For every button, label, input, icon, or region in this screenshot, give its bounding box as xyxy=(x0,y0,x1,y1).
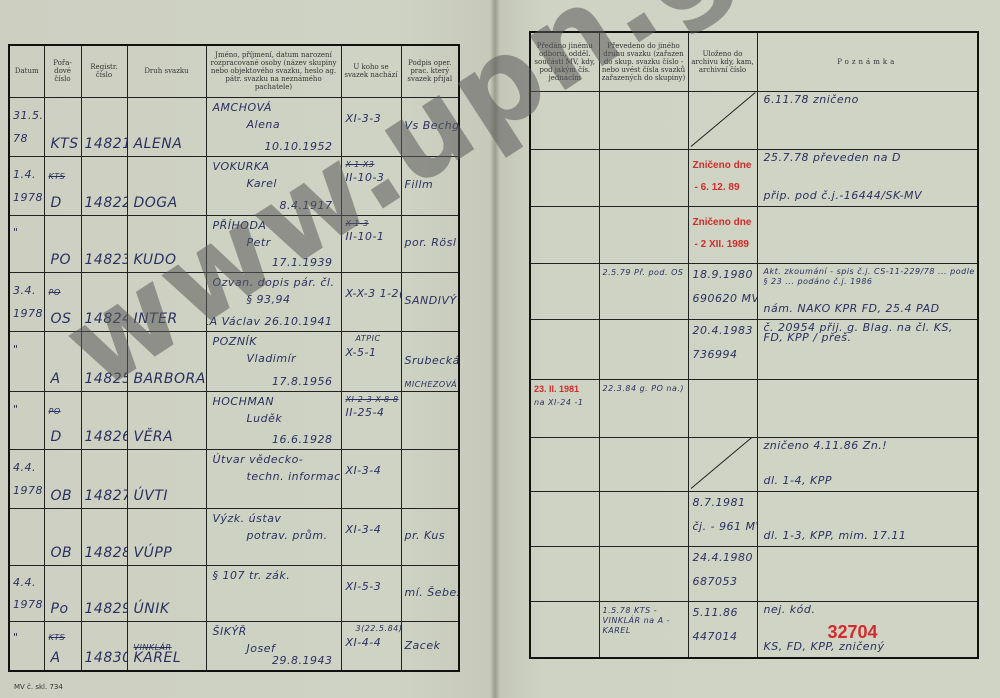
right-header-row: Předáno jinému odboru, odděl. součásti M… xyxy=(530,32,978,91)
note-text-2: KS, FD, KPP, zničený xyxy=(764,640,885,653)
left-register-table: Datum Pořa-dové číslo Registr. číslo Dru… xyxy=(8,44,460,672)
destroyed-stamp-date: - 6. 12. 89 xyxy=(695,182,740,193)
note-text: zničeno 4.11.86 Zn.! xyxy=(764,441,976,451)
diagonal-line xyxy=(690,437,755,488)
cell-predano xyxy=(530,546,599,601)
location-code: XI-4-4 xyxy=(346,636,382,649)
name-line-2: § 93,94 xyxy=(247,293,291,306)
note-text: nej. kód. xyxy=(764,605,976,615)
date-text: 4.4. 1978 xyxy=(13,456,43,503)
header-poznamka: Poznámka xyxy=(757,32,978,91)
signature: por. Rösl xyxy=(405,236,457,249)
cell-poradove: KTS xyxy=(44,97,81,156)
note-text: č. 20954 přij. g. Blag. na čl. KS, FD, K… xyxy=(764,323,976,343)
cell-datum: 4.4. 1978 xyxy=(9,565,44,621)
name-line-1: § 107 tr. zák. xyxy=(213,569,291,582)
registration-number: 14823 xyxy=(85,252,128,268)
table-row: Zničeno dne- 2 XII. 1989 xyxy=(530,206,978,263)
archive-number: 736994 xyxy=(693,348,738,361)
registration-number: 14822 xyxy=(85,195,128,211)
cell-poznamka xyxy=(757,546,978,601)
name-line-2: potrav. prům. xyxy=(247,529,328,542)
signature-2: MICHEZOVÁ xyxy=(405,380,458,389)
order-struck: PO xyxy=(49,407,61,416)
archive-date: 18.9.1980 xyxy=(693,268,753,281)
order-code: D xyxy=(51,429,62,445)
cell-u-koho: X-X-3 1-2(13.8.80) xyxy=(341,272,401,331)
cell-podpis: Srubecká 4k(7.4.81)MICHEZOVÁ xyxy=(401,331,459,391)
table-row: 4.4. 1978OB14827ÚVTIÚtvar vědecko-techn.… xyxy=(9,449,459,508)
cell-ulozeno: 5.11.86447014 xyxy=(688,601,757,658)
order-code: Po xyxy=(51,601,69,617)
signature: mí. Šebest. xyxy=(405,586,460,599)
header-ulozeno: Uloženo do archivu kdy, kam, archivní čí… xyxy=(688,32,757,91)
right-register-table: Předáno jinému odboru, odděl. součásti M… xyxy=(529,31,979,659)
cell-ulozeno xyxy=(688,91,757,149)
name-line-2: Alena xyxy=(247,118,281,131)
cell-poradove: A xyxy=(44,331,81,391)
name-line-3: HULA Václav 26.10.1941 xyxy=(206,315,333,328)
table-row: 3.4. 1978POOS14824INTEROzvan. dopis pár.… xyxy=(9,272,459,331)
date-text: 4.4. 1978 xyxy=(13,572,43,616)
location-struck: X-1-3 xyxy=(346,219,369,228)
file-codename: BARBORA xyxy=(134,371,206,387)
table-row: 6.11.78 zničeno xyxy=(530,91,978,149)
cell-datum: 4.4. 1978 xyxy=(9,449,44,508)
note-text-2: dl. 1-4, KPP xyxy=(764,474,832,487)
registration-number: 14827 xyxy=(85,488,128,504)
header-prevedeno: Převedeno do jiného druhu svazku (zařaze… xyxy=(599,32,688,91)
registration-number: 14829 xyxy=(85,601,128,617)
cell-predano xyxy=(530,206,599,263)
cell-datum: " xyxy=(9,331,44,391)
cell-u-koho: ATPICX-5-1 xyxy=(341,331,401,391)
location-code: XI-3-4 xyxy=(346,464,382,477)
header-jmeno: Jméno, příjmení, datum narození rozpraco… xyxy=(206,45,341,97)
location-code: II-10-1 xyxy=(346,230,385,243)
cell-druh: VĚRA xyxy=(127,391,206,449)
destroyed-stamp-date: - 2 XII. 1989 xyxy=(695,239,749,250)
name-line-1: Útvar vědecko- xyxy=(213,453,304,466)
cell-podpis: Zacek xyxy=(401,621,459,671)
name-line-2: Petr xyxy=(247,236,271,249)
signature: Fillm xyxy=(405,178,434,191)
name-line-3: 8.4.1917 xyxy=(280,199,333,212)
cell-prevedeno xyxy=(599,546,688,601)
cell-poradove: OB xyxy=(44,508,81,565)
cell-jmeno: § 107 tr. zák. xyxy=(206,565,341,621)
cell-ulozeno: Zničeno dne- 2 XII. 1989 xyxy=(688,206,757,263)
order-struck: KTS xyxy=(49,633,66,642)
archive-number: 687053 xyxy=(693,575,738,588)
cell-predano: 23. II. 1981na XI-24 -1 xyxy=(530,379,599,437)
table-row: Zničeno dne- 6. 12. 8925.7.78 převeden n… xyxy=(530,149,978,206)
destroyed-stamp: Zničeno dne xyxy=(693,160,752,171)
cell-prevedeno xyxy=(599,149,688,206)
archive-number: 447014 xyxy=(693,630,738,643)
cell-podpis: mí. Šebest. xyxy=(401,565,459,621)
file-codename: VÚPP xyxy=(134,545,173,561)
order-code: KTS xyxy=(51,136,79,152)
location-code: II-25-4 xyxy=(346,406,385,419)
cell-poznamka: 25.7.78 převeden na Dpřip. pod č.j.-1644… xyxy=(757,149,978,206)
file-codename: VĚRA xyxy=(134,429,174,445)
cell-u-koho: XI-3-4 xyxy=(341,508,401,565)
date-text: 31.5. 78 xyxy=(13,104,43,151)
name-line-3: 17.8.1956 xyxy=(272,375,332,388)
header-u-koho: U koho se svazek nachází xyxy=(341,45,401,97)
table-row: 1.4. 1978KTSD14822DOGAVOKURKAKarel8.4.19… xyxy=(9,156,459,215)
header-podpis: Podpis oper. prac. který svazek přijal xyxy=(401,45,459,97)
cell-prevedeno xyxy=(599,491,688,546)
cell-ulozeno: 8.7.1981čj. - 961 MV xyxy=(688,491,757,546)
cell-prevedeno: 22.3.84 g. PO na.) xyxy=(599,379,688,437)
location-code: II-10-3 xyxy=(346,171,385,184)
cell-druh: VINKLÁRKAREL xyxy=(127,621,206,671)
date-stamp: 23. II. 1981 xyxy=(534,384,579,394)
note-text: Akt. zkoumání - spis č.j. CS-11-229/78 .… xyxy=(764,267,976,287)
cell-poradove: PO xyxy=(44,215,81,272)
cell-podpis: Fillm xyxy=(401,156,459,215)
cell-registr: 14823 xyxy=(81,215,127,272)
cell-jmeno: PŘÍHODAPetr17.1.1939 xyxy=(206,215,341,272)
cell-ulozeno: 24.4.1980687053 xyxy=(688,546,757,601)
note-text: 25.7.78 převeden na D xyxy=(764,153,976,163)
name-line-1: VOKURKA xyxy=(213,160,270,173)
archive-date: 8.7.1981 xyxy=(693,496,746,509)
cell-u-koho: XI-5-3 xyxy=(341,565,401,621)
date-text: " xyxy=(13,338,43,362)
cell-registr: 14825 xyxy=(81,331,127,391)
archive-number: 690620 MV xyxy=(693,292,758,305)
table-row: "PO14823KUDOPŘÍHODAPetr17.1.1939X-1-3II-… xyxy=(9,215,459,272)
signature: Zacek xyxy=(405,639,441,652)
cell-predano xyxy=(530,263,599,319)
name-line-1: PŘÍHODA xyxy=(213,219,267,232)
table-row: 31.5. 78KTS14821ALENAAMCHOVÁAlena10.10.1… xyxy=(9,97,459,156)
order-code: D xyxy=(51,195,62,211)
table-row: 4.4. 1978Po14829ÚNIK§ 107 tr. zák.XI-5-3… xyxy=(9,565,459,621)
registration-number: 14821 xyxy=(85,136,128,152)
table-row: 24.4.1980687053 xyxy=(530,546,978,601)
cell-prevedeno xyxy=(599,319,688,379)
cell-podpis: pr. Kus xyxy=(401,508,459,565)
cell-prevedeno xyxy=(599,437,688,491)
cell-ulozeno xyxy=(688,437,757,491)
left-header-row: Datum Pořa-dové číslo Registr. číslo Dru… xyxy=(9,45,459,97)
cell-jmeno: Ozvan. dopis pár. čl.§ 93,94HULA Václav … xyxy=(206,272,341,331)
cell-druh: ALENA xyxy=(127,97,206,156)
signature: SANDIVÝ xyxy=(405,294,457,307)
cell-predano xyxy=(530,601,599,658)
cell-ulozeno: 18.9.1980690620 MV xyxy=(688,263,757,319)
cell-predano xyxy=(530,319,599,379)
header-poradove-cislo: Pořa-dové číslo xyxy=(44,45,81,97)
note-text-2: přip. pod č.j.-16444/SK-MV xyxy=(764,189,923,202)
signature: Srubecká 4k(7.4.81) xyxy=(405,354,460,367)
name-line-3: 17.1.1939 xyxy=(272,256,332,269)
cell-druh: ÚNIK xyxy=(127,565,206,621)
cell-predano xyxy=(530,149,599,206)
name-line-3: 16.6.1928 xyxy=(272,433,332,446)
archive-date: 5.11.86 xyxy=(693,606,739,619)
location-code: XI-5-3 xyxy=(346,580,382,593)
table-row: 2.5.79 Př. pod. OS18.9.1980690620 MVAkt.… xyxy=(530,263,978,319)
cell-datum xyxy=(9,508,44,565)
cell-druh: KUDO xyxy=(127,215,206,272)
signature: Vs Bechg. xyxy=(405,119,460,132)
cell-datum: " xyxy=(9,215,44,272)
cell-u-koho: XI-3-3 xyxy=(341,97,401,156)
registration-number: 14828 xyxy=(85,545,128,561)
table-row: 1.5.78 KTS - VINKLÁR na A - KAREL5.11.86… xyxy=(530,601,978,658)
cell-jmeno: ŠIKÝŘJosef29.8.1943 xyxy=(206,621,341,671)
converted-text: 22.3.84 g. PO na.) xyxy=(603,384,688,394)
name-line-1: ŠIKÝŘ xyxy=(213,625,247,638)
file-codename: INTER xyxy=(134,311,178,327)
name-line-1: Výzk. ústav xyxy=(213,512,282,525)
table-row: 23. II. 1981na XI-24 -122.3.84 g. PO na.… xyxy=(530,379,978,437)
order-code: PO xyxy=(51,252,71,268)
cell-podpis: por. Rösl xyxy=(401,215,459,272)
registration-number: 14830 xyxy=(85,650,128,666)
note-text-2: nám. NAKO KPR FD, 25.4 PAD xyxy=(764,302,940,315)
order-struck: PO xyxy=(49,288,61,297)
cell-podpis: Vs Bechg. xyxy=(401,97,459,156)
cell-registr: 14830 xyxy=(81,621,127,671)
file-codename: ALENA xyxy=(134,136,183,152)
cell-jmeno: Útvar vědecko-techn. informací xyxy=(206,449,341,508)
location-note: 3(22.5.84) xyxy=(356,624,402,633)
name-line-2: Josef xyxy=(247,642,276,655)
converted-text: 2.5.79 Př. pod. OS xyxy=(603,268,688,278)
location-struck: XI-2-3 X-8-8 xyxy=(346,395,399,404)
header-registr-cislo: Registr. číslo xyxy=(81,45,127,97)
cell-registr: 14822 xyxy=(81,156,127,215)
cell-predano xyxy=(530,437,599,491)
order-code: OB xyxy=(51,545,73,561)
table-row: zničeno 4.11.86 Zn.!dl. 1-4, KPP xyxy=(530,437,978,491)
cell-poznamka: dl. 1-3, KPP, mim. 17.11 xyxy=(757,491,978,546)
cell-predano xyxy=(530,491,599,546)
converted-text: 1.5.78 KTS - VINKLÁR na A - KAREL xyxy=(603,606,688,636)
location-code: XI-3-3 xyxy=(346,112,382,125)
location-struck: X-1-X3 xyxy=(346,160,375,169)
cell-druh: VÚPP xyxy=(127,508,206,565)
header-predano: Předáno jinému odboru, odděl. součásti M… xyxy=(530,32,599,91)
file-codename: ÚVTI xyxy=(134,488,169,504)
cell-u-koho: 3(22.5.84)XI-4-4 xyxy=(341,621,401,671)
cell-poradove: POOS xyxy=(44,272,81,331)
cell-druh: DOGA xyxy=(127,156,206,215)
date-text: " xyxy=(13,222,43,245)
cell-poznamka: nej. kód.32704KS, FD, KPP, zničený xyxy=(757,601,978,658)
signature: pr. Kus xyxy=(405,529,446,542)
cell-datum: 1.4. 1978 xyxy=(9,156,44,215)
cell-prevedeno: 1.5.78 KTS - VINKLÁR na A - KAREL xyxy=(599,601,688,658)
name-line-1: HOCHMAN xyxy=(213,395,275,408)
cell-registr: 14824 xyxy=(81,272,127,331)
cell-jmeno: AMCHOVÁAlena10.10.1952 xyxy=(206,97,341,156)
cell-poradove: Po xyxy=(44,565,81,621)
cell-poznamka: č. 20954 přij. g. Blag. na čl. KS, FD, K… xyxy=(757,319,978,379)
name-line-3: 29.8.1943 xyxy=(272,654,332,667)
name-line-1: Ozvan. dopis pár. čl. xyxy=(213,276,335,289)
order-code: A xyxy=(51,650,61,666)
cell-druh: BARBORA xyxy=(127,331,206,391)
cell-podpis xyxy=(401,391,459,449)
cell-registr: 14827 xyxy=(81,449,127,508)
date-text: " xyxy=(13,398,43,421)
cell-datum: " xyxy=(9,621,44,671)
cell-jmeno: VOKURKAKarel8.4.1917 xyxy=(206,156,341,215)
order-struck: KTS xyxy=(49,172,66,181)
note-text-2: dl. 1-3, KPP, mim. 17.11 xyxy=(764,529,907,542)
file-codename: KAREL xyxy=(134,650,182,666)
order-code: OB xyxy=(51,488,73,504)
table-row: "POD14826VĚRAHOCHMANLuděk16.6.1928XI-2-3… xyxy=(9,391,459,449)
name-line-1: AMCHOVÁ xyxy=(213,101,272,114)
cell-poradove: KTSA xyxy=(44,621,81,671)
name-line-1: POZNÍK xyxy=(213,335,258,348)
cell-poradove: KTSD xyxy=(44,156,81,215)
table-row: "A14825BARBORAPOZNÍKVladimír17.8.1956ATP… xyxy=(9,331,459,391)
location-note: ATPIC xyxy=(356,334,381,343)
cell-jmeno: POZNÍKVladimír17.8.1956 xyxy=(206,331,341,391)
cell-poznamka xyxy=(757,379,978,437)
cell-ulozeno: Zničeno dne- 6. 12. 89 xyxy=(688,149,757,206)
cell-poradove: POD xyxy=(44,391,81,449)
cell-u-koho: XI-3-4 xyxy=(341,449,401,508)
archive-date: 20.4.1983 xyxy=(693,324,753,337)
cell-registr: 14828 xyxy=(81,508,127,565)
cell-registr: 14821 xyxy=(81,97,127,156)
location-code: X-5-1 xyxy=(346,346,377,359)
cell-datum: 3.4. 1978 xyxy=(9,272,44,331)
name-line-2: Vladimír xyxy=(247,352,297,365)
cell-prevedeno xyxy=(599,206,688,263)
cell-jmeno: HOCHMANLuděk16.6.1928 xyxy=(206,391,341,449)
cell-predano xyxy=(530,91,599,149)
cell-poznamka: zničeno 4.11.86 Zn.!dl. 1-4, KPP xyxy=(757,437,978,491)
registration-number: 14825 xyxy=(85,371,128,387)
order-code: A xyxy=(51,371,61,387)
cell-datum: " xyxy=(9,391,44,449)
location-code: X-X-3 1-2(13.8.80) xyxy=(346,287,402,300)
cell-u-koho: X-1-X3II-10-3 xyxy=(341,156,401,215)
transfer-text-2: na XI-24 -1 xyxy=(534,398,583,407)
date-text: 1.4. 1978 xyxy=(13,163,43,210)
note-text: 6.11.78 zničeno xyxy=(764,95,976,105)
diagonal-line xyxy=(690,92,755,147)
cell-ulozeno xyxy=(688,379,757,437)
file-codename: DOGA xyxy=(134,195,178,211)
archive-number: čj. - 961 MV xyxy=(693,520,758,533)
header-datum: Datum xyxy=(9,45,44,97)
cell-poradove: OB xyxy=(44,449,81,508)
cell-podpis: SANDIVÝ xyxy=(401,272,459,331)
cell-jmeno: Výzk. ústavpotrav. prům. xyxy=(206,508,341,565)
cell-poznamka xyxy=(757,206,978,263)
name-line-2: Karel xyxy=(247,177,277,190)
cell-poznamka: 6.11.78 zničeno xyxy=(757,91,978,149)
destroyed-stamp: Zničeno dne xyxy=(693,217,752,228)
cell-prevedeno: 2.5.79 Př. pod. OS xyxy=(599,263,688,319)
cell-druh: INTER xyxy=(127,272,206,331)
file-codename: KUDO xyxy=(134,252,177,268)
name-line-2: Luděk xyxy=(247,412,283,425)
cell-ulozeno: 20.4.1983736994 xyxy=(688,319,757,379)
table-row: 20.4.1983736994č. 20954 přij. g. Blag. n… xyxy=(530,319,978,379)
name-line-3: 10.10.1952 xyxy=(265,140,333,153)
cell-druh: ÚVTI xyxy=(127,449,206,508)
cell-u-koho: X-1-3II-10-1 xyxy=(341,215,401,272)
book-gutter xyxy=(490,0,500,698)
table-row: "KTSA14830VINKLÁRKARELŠIKÝŘJosef29.8.194… xyxy=(9,621,459,671)
cell-registr: 14829 xyxy=(81,565,127,621)
archive-date: 24.4.1980 xyxy=(693,551,753,564)
cell-u-koho: XI-2-3 X-8-8II-25-4 xyxy=(341,391,401,449)
cell-datum: 31.5. 78 xyxy=(9,97,44,156)
cell-prevedeno xyxy=(599,91,688,149)
registration-number: 14824 xyxy=(85,311,128,327)
cell-podpis xyxy=(401,449,459,508)
name-line-2: techn. informací xyxy=(247,470,342,483)
cell-registr: 14826 xyxy=(81,391,127,449)
table-row: 8.7.1981čj. - 961 MVdl. 1-3, KPP, mim. 1… xyxy=(530,491,978,546)
cell-poznamka: Akt. zkoumání - spis č.j. CS-11-229/78 .… xyxy=(757,263,978,319)
date-text: " xyxy=(13,628,43,647)
date-text: 3.4. 1978 xyxy=(13,279,43,326)
file-codename: ÚNIK xyxy=(134,601,170,617)
order-code: OS xyxy=(51,311,72,327)
registration-number: 14826 xyxy=(85,429,128,445)
header-druh-svazku: Druh svazku xyxy=(127,45,206,97)
location-code: XI-3-4 xyxy=(346,523,382,536)
table-row: OB14828VÚPPVýzk. ústavpotrav. prům.XI-3-… xyxy=(9,508,459,565)
form-number: MV č. skl. 734 xyxy=(14,683,63,691)
